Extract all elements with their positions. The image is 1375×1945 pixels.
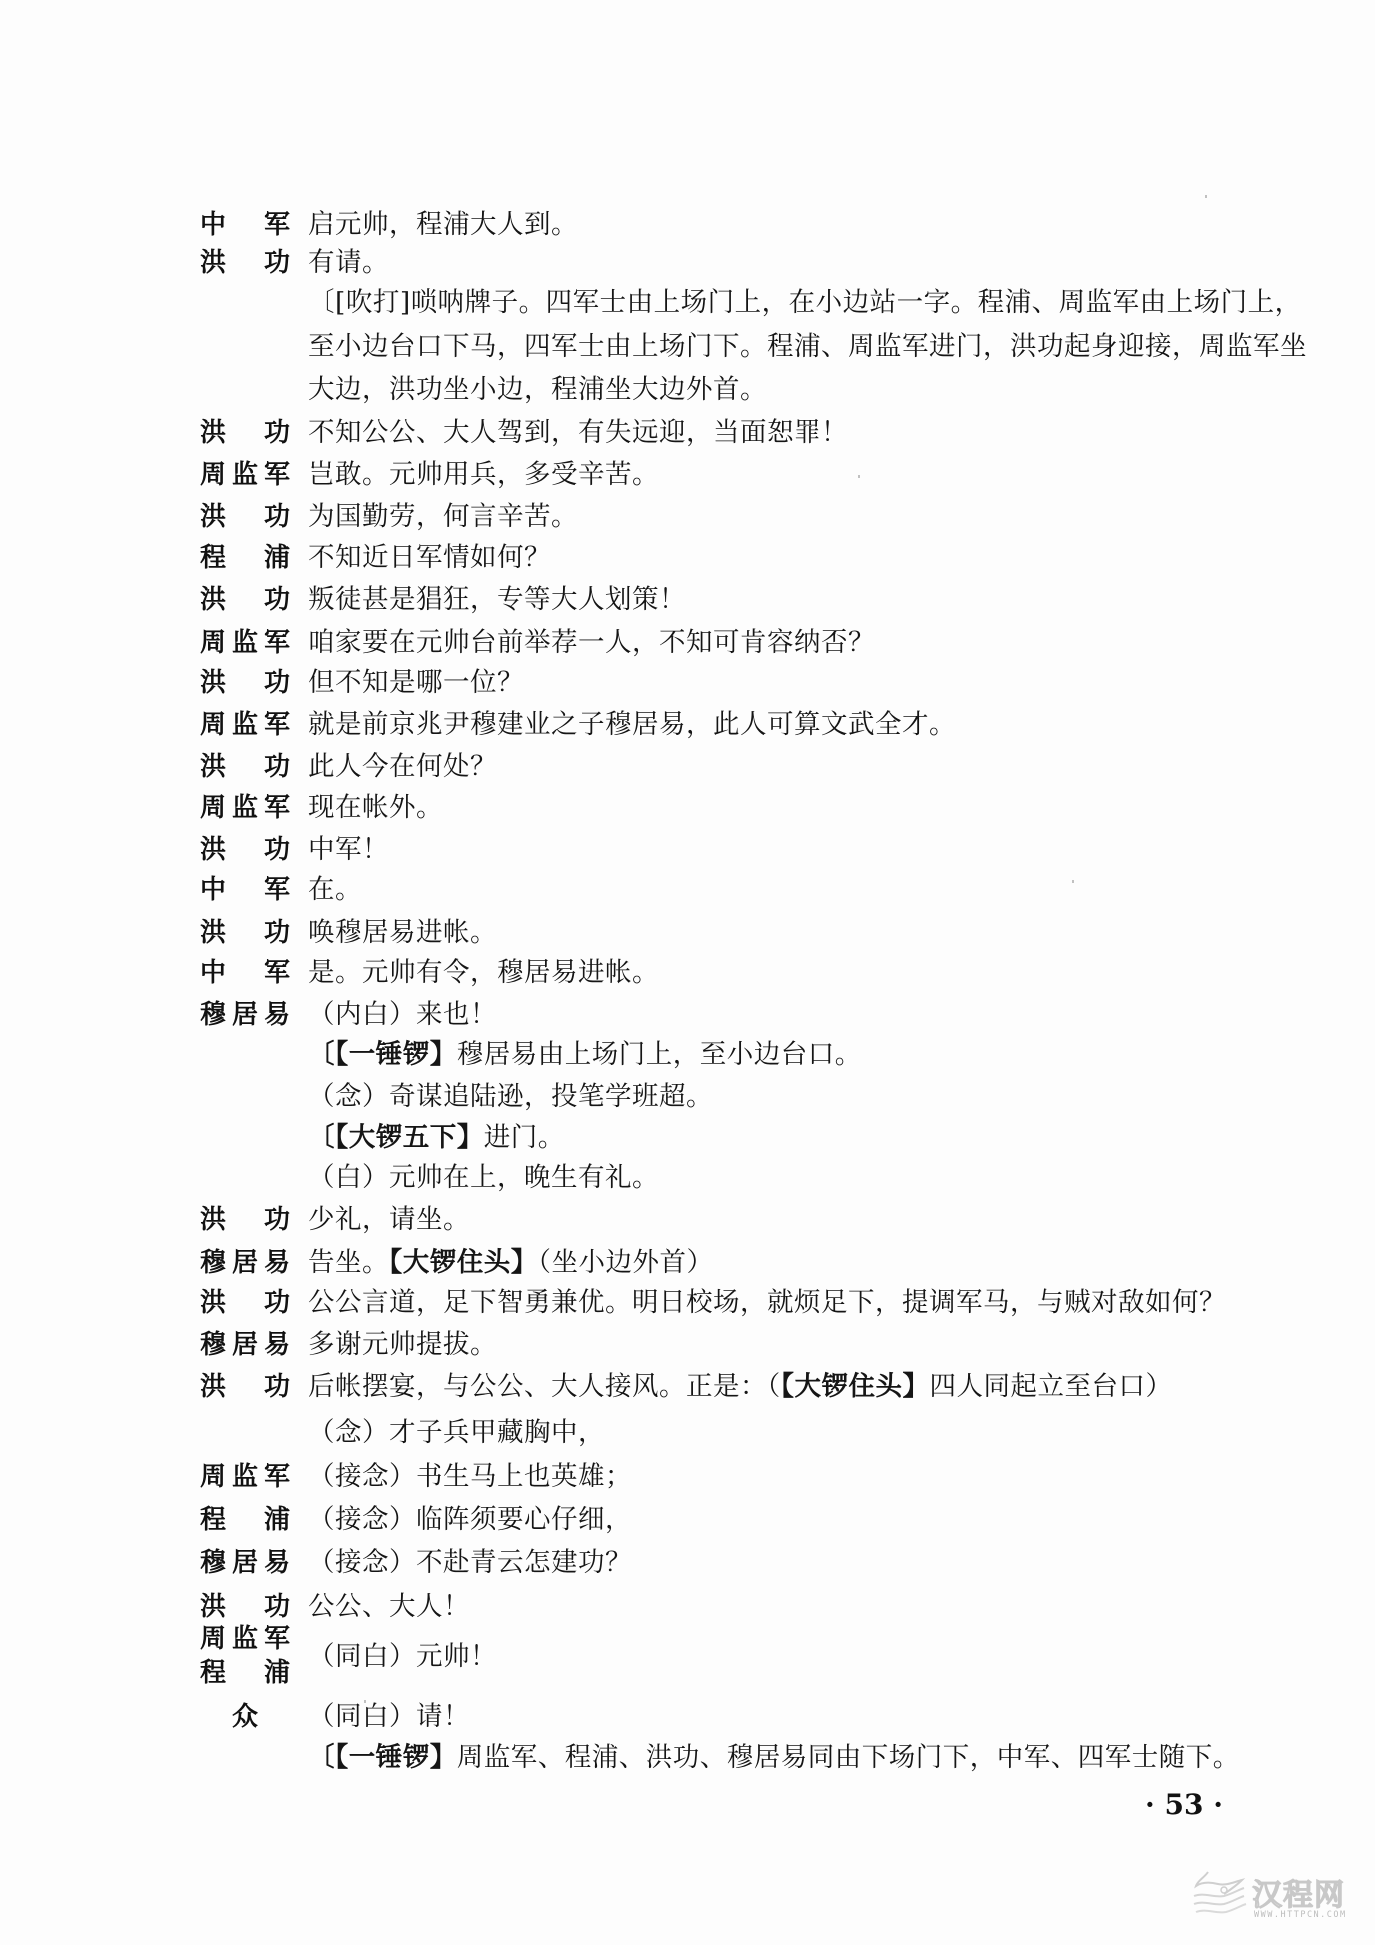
stage-direction-text: 〔【一锤锣】周监军、程浦、洪功、穆居易同由下场门下，中军、四军士随下。 — [308, 1742, 1240, 1774]
speaker-name: 洪 功 — [200, 834, 290, 866]
speaker-name: 洪 功 — [200, 1371, 290, 1403]
speaker-char: 军 — [264, 627, 290, 659]
recitation-text: （念）奇谋追陆逊，投笔学班超。 — [308, 1081, 713, 1113]
watermark: 汉程网 WWW.HTTPCN.COM — [1190, 1868, 1360, 1928]
stage-direction-body: 进门。 — [484, 1122, 565, 1153]
speaker-char: 穆 — [200, 1247, 226, 1279]
speaker-name: 穆 居 易 — [200, 999, 290, 1031]
speaker-char: 洪 — [200, 584, 226, 616]
dialogue-text: 中军！ — [308, 834, 389, 866]
speaker-char: 军 — [264, 709, 290, 741]
speaker-char: 居 — [232, 1247, 258, 1279]
speaker-char: 居 — [232, 1547, 258, 1579]
stage-direction-body: 穆居易由上场门上，至小边台口。 — [457, 1039, 862, 1070]
speaker-char: 周 — [200, 1461, 226, 1493]
speaker-name: 穆 居 易 — [200, 1329, 290, 1361]
speaker-name: 穆 居 易 — [200, 1547, 290, 1579]
speaker-char: 居 — [232, 999, 258, 1031]
dialogue-text: （同白）请！ — [308, 1701, 470, 1733]
speaker-char: 浦 — [264, 1656, 290, 1690]
scan-speck — [858, 475, 860, 478]
scan-speck — [364, 1700, 366, 1703]
speaker-char: 穆 — [200, 1329, 226, 1361]
dialogue-text: （接念）临阵须要心仔细， — [308, 1504, 632, 1536]
speaker-char: 军 — [264, 792, 290, 824]
speaker-char: 功 — [264, 1371, 290, 1403]
speaker-name: 洪 功 — [200, 584, 290, 616]
speaker-char: 周 — [200, 709, 226, 741]
speaker-char: 易 — [264, 1329, 290, 1361]
speaker-stack: 周 监 军 程 浦 — [200, 1622, 290, 1690]
speaker-char: 监 — [232, 1461, 258, 1493]
speaker-name: 洪 功 — [200, 917, 290, 949]
speaker-char: 居 — [232, 1329, 258, 1361]
speaker-char: 军 — [264, 874, 290, 906]
wave-logo-icon — [1190, 1868, 1248, 1918]
dialogue-text: 告坐。【大锣住头】（坐小边外首） — [308, 1247, 714, 1279]
speaker-char: 监 — [232, 792, 258, 824]
speaker-char: 功 — [264, 247, 290, 279]
speaker-name: 洪 功 — [200, 417, 290, 449]
dialogue-text: 少礼，请坐。 — [308, 1204, 470, 1236]
speaker-char: 功 — [264, 917, 290, 949]
dialogue-text: 公公言道，足下智勇兼优。明日校场，就烦足下，提调军马，与贼对敌如何？ — [308, 1287, 1226, 1319]
dialogue-text: 就是前京兆尹穆建业之子穆居易，此人可算文武全才。 — [308, 709, 956, 741]
speaker-name: 程 浦 — [200, 1504, 290, 1536]
speaker-char: 洪 — [200, 417, 226, 449]
stage-direction-text: 〔【一锤锣】穆居易由上场门上，至小边台口。 — [308, 1039, 862, 1071]
dialogue-text: 在。 — [308, 874, 362, 906]
speaker-char: 洪 — [200, 1204, 226, 1236]
dialogue-text: 后帐摆宴，与公公、大人接风。正是：（【大锣住头】四人同起立至台口） — [308, 1371, 1173, 1403]
speaker-char: 军 — [264, 1622, 290, 1656]
speaker-char: 中 — [200, 209, 226, 241]
dialogue-text: 启元帅，程浦大人到。 — [308, 209, 578, 241]
stage-direction-body: 周监军、程浦、洪功、穆居易同由下场门下，中军、四军士随下。 — [457, 1742, 1240, 1773]
speaker-char: 众 — [232, 1701, 258, 1733]
speaker-name: 洪 功 — [200, 1204, 290, 1236]
dialogue-text: 是。元帅有令，穆居易进帐。 — [308, 957, 659, 989]
speaker-char: 洪 — [200, 247, 226, 279]
speaker-name: 洪 功 — [200, 667, 290, 699]
dialogue-text: 但不知是哪一位？ — [308, 667, 524, 699]
dialogue-text: 多谢元帅提拔。 — [308, 1329, 497, 1361]
dialogue-text: 有请。 — [308, 247, 389, 279]
scan-speck — [1072, 880, 1074, 883]
stage-direction-body: 四人同起立至台口） — [930, 1371, 1173, 1402]
speaker-char: 周 — [200, 627, 226, 659]
dialogue-text: 不知近日军情如何？ — [308, 542, 551, 574]
speaker-char: 洪 — [200, 667, 226, 699]
speaker-char: 周 — [200, 459, 226, 491]
speaker-name: 众 — [200, 1701, 290, 1733]
speaker-char: 中 — [200, 957, 226, 989]
dialogue-text: 叛徒甚是猖狂，专等大人划策！ — [308, 584, 686, 616]
speaker-name: 洪 功 — [200, 247, 290, 279]
speaker-char: 军 — [264, 957, 290, 989]
speaker-name: 穆 居 易 — [200, 1247, 290, 1279]
speaker-char: 监 — [232, 459, 258, 491]
stage-direction-text: 〔【大锣五下】进门。 — [308, 1122, 565, 1154]
speaker-char: 洪 — [200, 751, 226, 783]
watermark-url: WWW.HTTPCN.COM — [1254, 1910, 1347, 1920]
speaker-char: 功 — [264, 751, 290, 783]
speaker-char: 易 — [264, 1247, 290, 1279]
stage-direction-text: 〔[吹打]唢呐牌子。四军士由上场门上，在小边站一字。程浦、周监军由上场门上， — [308, 287, 1302, 319]
speaker-char: 军 — [264, 459, 290, 491]
speaker-char: 功 — [264, 584, 290, 616]
music-cue: 〔【大锣五下】 — [308, 1122, 484, 1153]
speaker-char: 军 — [264, 1461, 290, 1493]
speaker-char: 洪 — [200, 1371, 226, 1403]
stage-direction-text: 大边，洪功坐小边，程浦坐大边外首。 — [308, 374, 767, 406]
speaker-name: 洪 功 — [200, 1591, 290, 1623]
dialogue-body: 告坐。 — [308, 1247, 389, 1278]
speaker-char: 洪 — [200, 1287, 226, 1319]
music-cue: 【大锣住头】 — [781, 1371, 930, 1402]
speaker-char: 功 — [264, 667, 290, 699]
speaker-char: 易 — [264, 999, 290, 1031]
dialogue-text: 咱家要在元帅台前举荐一人，不知可肯容纳否？ — [308, 627, 875, 659]
speaker-name: 洪 功 — [200, 501, 290, 533]
speaker-char: 中 — [200, 874, 226, 906]
page-number: · 53 · — [1145, 1788, 1223, 1821]
dialogue-text: （接念）书生马上也英雄； — [308, 1461, 632, 1493]
speaker-char: 功 — [264, 1591, 290, 1623]
spoken-text: （白）元帅在上，晚生有礼。 — [308, 1162, 659, 1194]
speaker-char: 程 — [200, 1656, 226, 1690]
dialogue-text: 不知公公、大人驾到，有失远迎，当面恕罪！ — [308, 417, 848, 449]
speaker-name: 洪 功 — [200, 1287, 290, 1319]
speaker-char: 洪 — [200, 917, 226, 949]
speaker-name: 周 监 军 — [200, 709, 290, 741]
speaker-char: 周 — [200, 1622, 226, 1656]
dialogue-body: 后帐摆宴，与公公、大人接风。正是：（ — [308, 1371, 781, 1402]
speaker-char: 洪 — [200, 1591, 226, 1623]
scan-speck — [1205, 195, 1207, 198]
speaker-name: 中 军 — [200, 957, 290, 989]
speaker-name: 周 监 军 — [200, 1461, 290, 1493]
speaker-name: 中 军 — [200, 874, 290, 906]
speaker-name: 洪 功 — [200, 751, 290, 783]
speaker-char: 监 — [232, 627, 258, 659]
dialogue-text: （接念）不赴青云怎建功？ — [308, 1547, 632, 1579]
dialogue-text: 现在帐外。 — [308, 792, 443, 824]
music-cue: 〔【一锤锣】 — [308, 1039, 457, 1070]
speaker-char: 浦 — [264, 542, 290, 574]
speaker-char: 穆 — [200, 1547, 226, 1579]
speaker-char: 周 — [200, 792, 226, 824]
stage-direction-text: 至小边台口下马，四军士由上场门下。程浦、周监军进门，洪功起身迎接，周监军坐 — [308, 331, 1307, 363]
speaker-name: 周 监 军 — [200, 459, 290, 491]
speaker-char: 洪 — [200, 834, 226, 866]
dialogue-text: 此人今在何处？ — [308, 751, 497, 783]
music-cue: 〔【一锤锣】 — [308, 1742, 457, 1773]
speaker-char: 易 — [264, 1547, 290, 1579]
speaker-char: 穆 — [200, 999, 226, 1031]
script-page: 中 军 启元帅，程浦大人到。 洪 功 有请。 〔[吹打]唢呐牌子。四军士由上场门… — [0, 0, 1375, 1945]
speaker-char: 程 — [200, 542, 226, 574]
speaker-char: 军 — [264, 209, 290, 241]
speaker-name: 周 监 军 — [200, 627, 290, 659]
dialogue-text: （内白）来也！ — [308, 999, 497, 1031]
recitation-text: （念）才子兵甲藏胸中， — [308, 1417, 605, 1449]
dialogue-text: 为国勤劳，何言辛苦。 — [308, 501, 578, 533]
speaker-name: 中 军 — [200, 209, 290, 241]
speaker-name: 程 浦 — [200, 1656, 290, 1690]
dialogue-text: （同白）元帅！ — [308, 1641, 497, 1673]
speaker-char: 浦 — [264, 1504, 290, 1536]
dialogue-text: 岂敢。元帅用兵，多受辛苦。 — [308, 459, 659, 491]
speaker-char: 功 — [264, 1204, 290, 1236]
speaker-char: 功 — [264, 501, 290, 533]
dialogue-text: 唤穆居易进帐。 — [308, 917, 497, 949]
speaker-char: 功 — [264, 1287, 290, 1319]
speaker-char: 程 — [200, 1504, 226, 1536]
speaker-char: 功 — [264, 417, 290, 449]
speaker-char: 功 — [264, 834, 290, 866]
speaker-char: 监 — [232, 1622, 258, 1656]
speaker-char: 洪 — [200, 501, 226, 533]
dialogue-text: 公公、大人！ — [308, 1591, 470, 1623]
speaker-name: 程 浦 — [200, 542, 290, 574]
speaker-char: 监 — [232, 709, 258, 741]
speaker-name: 周 监 军 — [200, 792, 290, 824]
music-cue: 【大锣住头】 — [389, 1247, 538, 1278]
speaker-name: 周 监 军 — [200, 1622, 290, 1656]
watermark-title: 汉程网 — [1252, 1870, 1345, 1914]
stage-direction-body: （坐小边外首） — [538, 1247, 714, 1278]
